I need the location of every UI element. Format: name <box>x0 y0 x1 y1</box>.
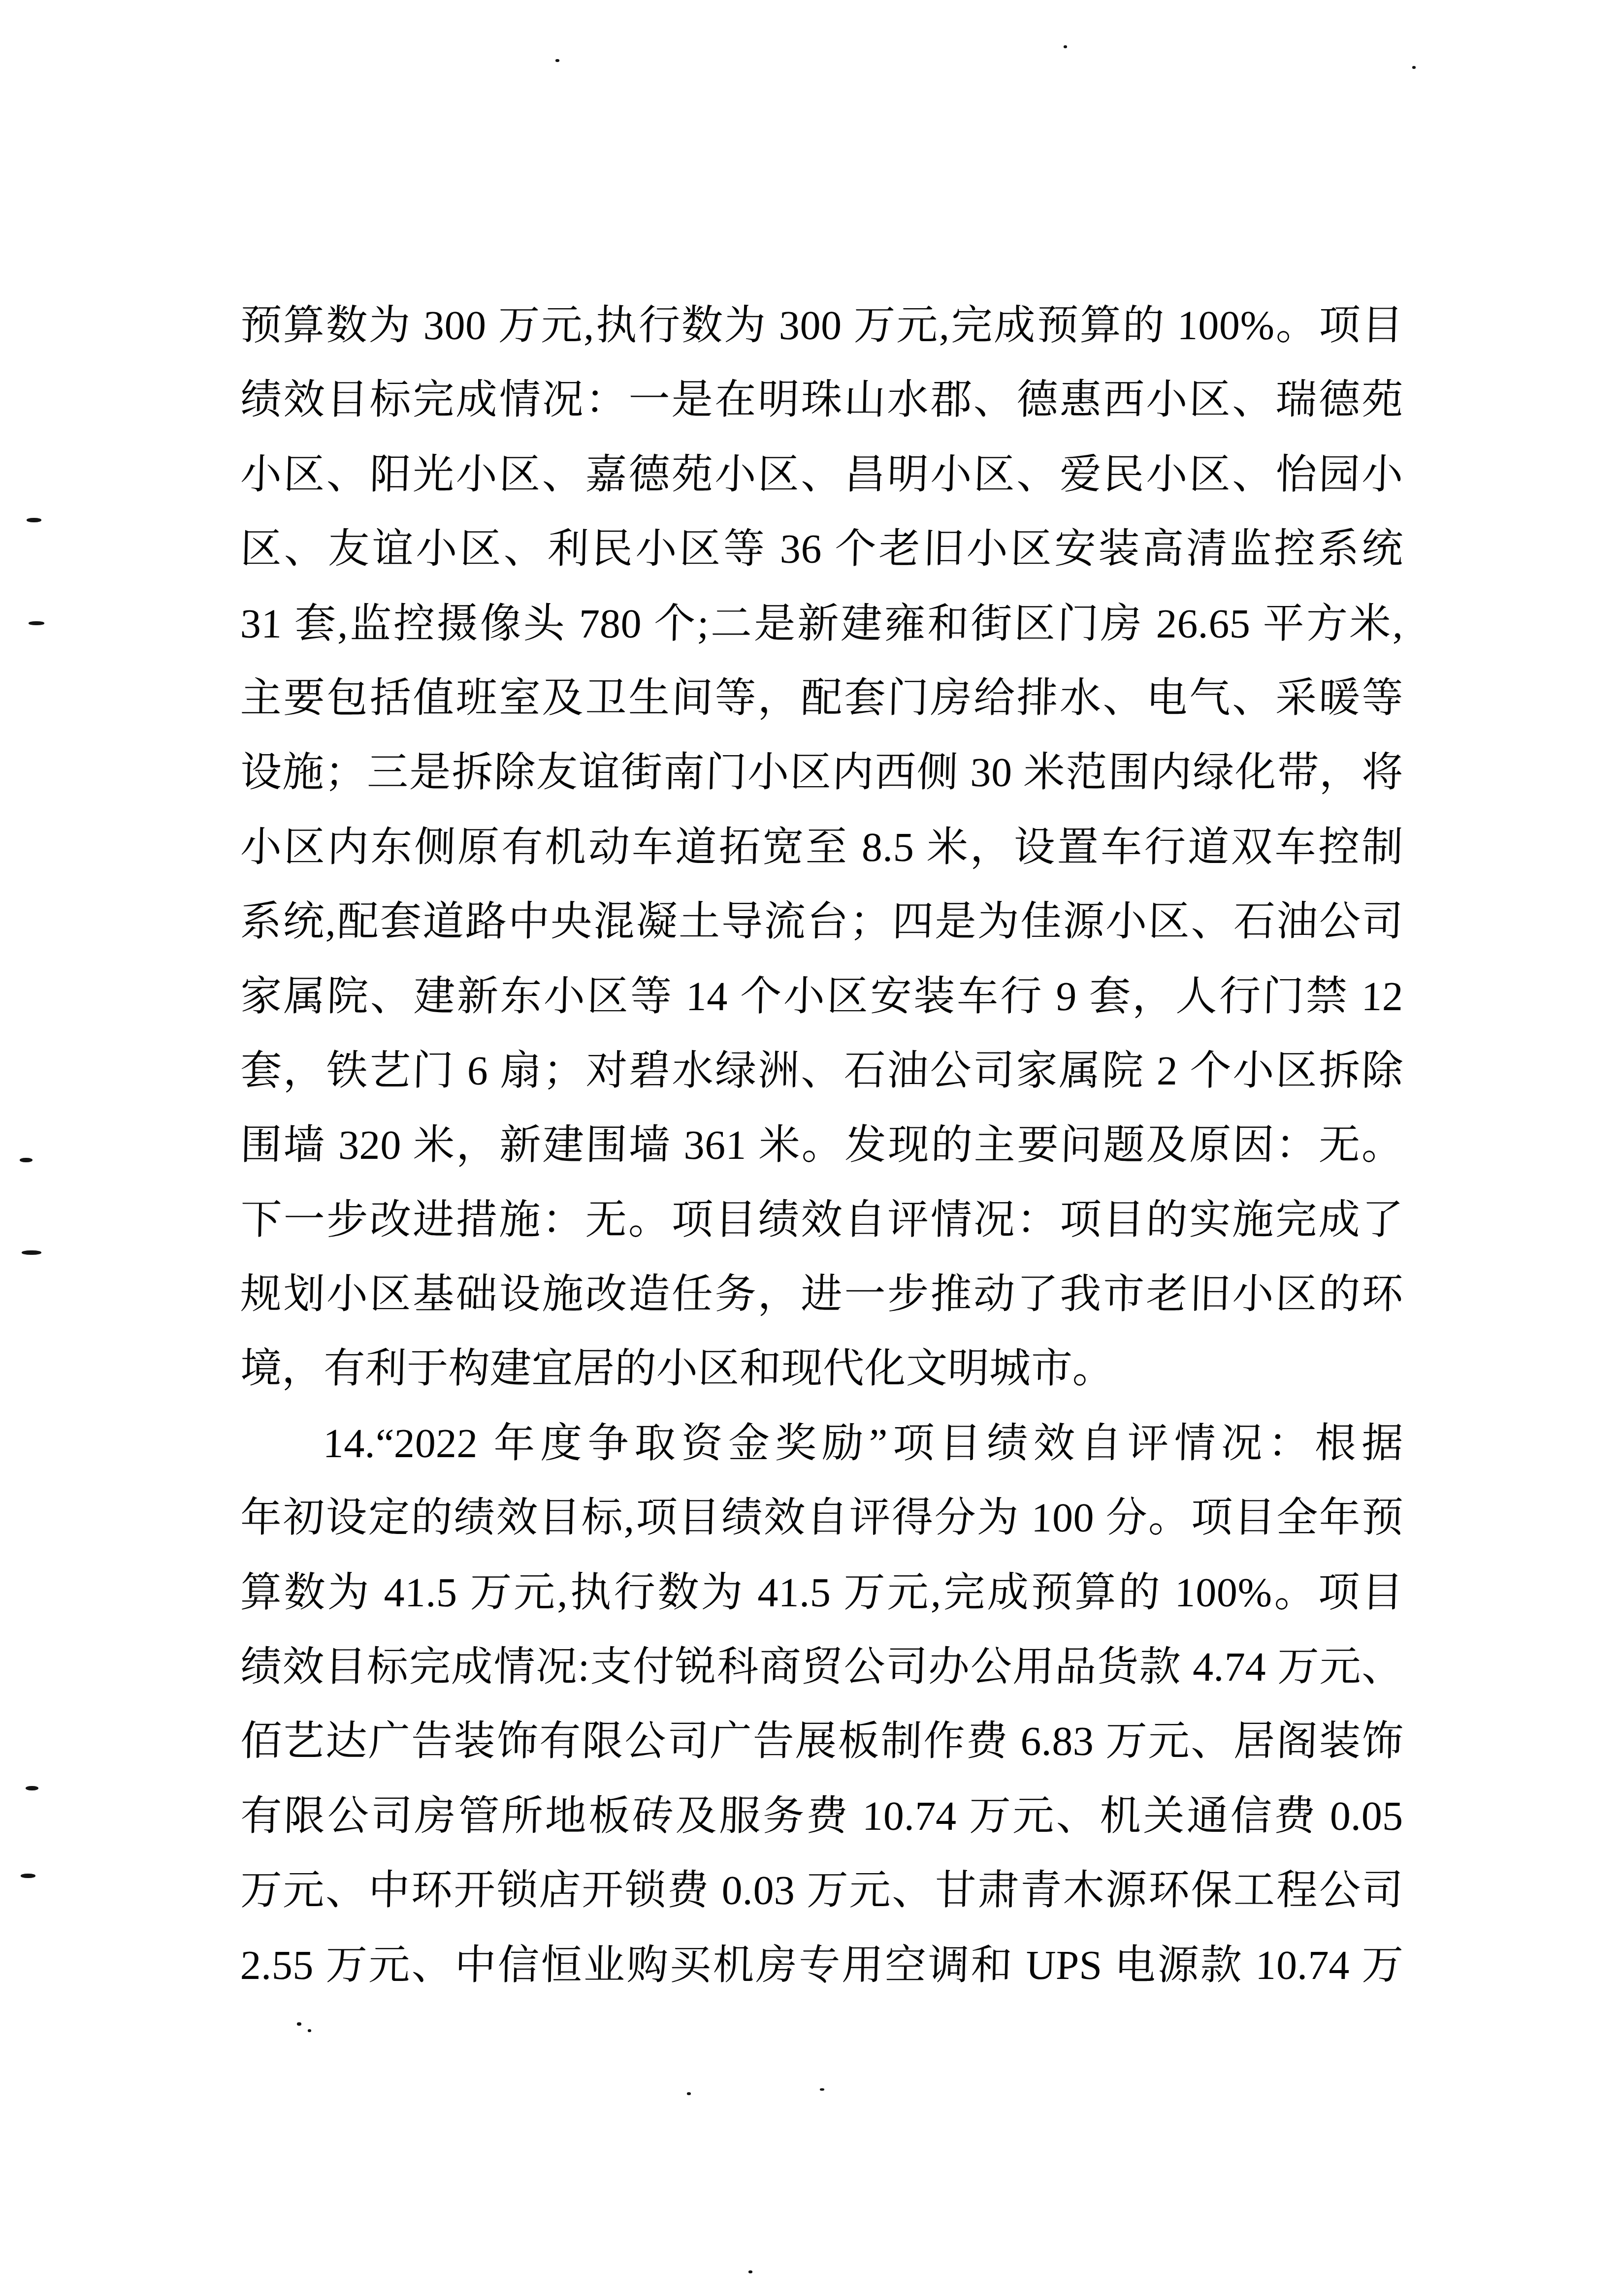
scan-speck <box>21 1874 35 1878</box>
document-text-block: 预算数为 300 万元,执行数为 300 万元,完成预算的 100%。项目 绩效… <box>240 288 1403 2003</box>
text-line: 区、友谊小区、利民小区等 36 个老旧小区安装高清监控系统 <box>239 512 1404 586</box>
text-line: 31 套,监控摄像头 780 个;二是新建雍和街区门房 26.65 平方米, <box>239 587 1404 661</box>
text-line: 绩效目标完成情况:支付锐科商贸公司办公用品货款 4.74 万元、 <box>239 1630 1404 1704</box>
text-line: 主要包括值班室及卫生间等，配套门房给排水、电气、采暖等 <box>239 661 1404 735</box>
text-line: 家属院、建新东小区等 14 个小区安装车行 9 套，人行门禁 12 <box>239 959 1404 1034</box>
scan-speck <box>308 2029 311 2032</box>
text-line: 围墙 320 米，新建围墙 361 米。发现的主要问题及原因：无。 <box>239 1108 1404 1182</box>
scan-speck <box>687 2092 691 2095</box>
scan-speck <box>1412 66 1416 69</box>
text-line: 佰艺达广告装饰有限公司广告展板制作费 6.83 万元、居阁装饰 <box>239 1704 1404 1779</box>
text-line: 套，铁艺门 6 扇；对碧水绿洲、石油公司家属院 2 个小区拆除 <box>239 1034 1404 1108</box>
text-line: 年初设定的绩效目标,项目绩效自评得分为 100 分。项目全年预 <box>239 1481 1404 1555</box>
scanned-document-page: 预算数为 300 万元,执行数为 300 万元,完成预算的 100%。项目 绩效… <box>0 0 1621 2296</box>
text-line: 2.55 万元、中信恒业购买机房专用空调和 UPS 电源款 10.74 万 <box>239 1928 1404 2003</box>
scan-speck <box>20 1158 32 1162</box>
text-line-paragraph-start-item-14: 14.“2022 年度争取资金奖励”项目绩效自评情况：根据 <box>239 1406 1404 1481</box>
text-line: 设施；三是拆除友谊街南门小区内西侧 30 米范围内绿化带，将 <box>239 735 1404 810</box>
scan-speck <box>297 2022 301 2026</box>
scan-speck <box>29 621 44 625</box>
text-line: 下一步改进措施：无。项目绩效自评情况：项目的实施完成了 <box>239 1183 1404 1257</box>
text-line: 绩效目标完成情况：一是在明珠山水郡、德惠西小区、瑞德苑 <box>239 363 1404 437</box>
text-line: 预算数为 300 万元,执行数为 300 万元,完成预算的 100%。项目 <box>239 288 1404 363</box>
scan-speck <box>27 518 41 522</box>
scan-speck <box>22 1250 41 1255</box>
text-line: 小区内东侧原有机动车道拓宽至 8.5 米，设置车行道双车控制 <box>239 810 1404 885</box>
scan-speck <box>820 2088 824 2091</box>
text-line: 万元、中环开锁店开锁费 0.03 万元、甘肃青木源环保工程公司 <box>239 1853 1404 1928</box>
text-line: 算数为 41.5 万元,执行数为 41.5 万元,完成预算的 100%。项目 <box>239 1556 1404 1630</box>
text-line: 有限公司房管所地板砖及服务费 10.74 万元、机关通信费 0.05 <box>239 1779 1404 1853</box>
text-line: 小区、阳光小区、嘉德苑小区、昌明小区、爱民小区、怡园小 <box>239 438 1404 512</box>
scan-speck <box>748 2270 752 2273</box>
scan-speck <box>26 1786 38 1790</box>
scan-speck <box>1064 45 1067 48</box>
text-line: 规划小区基础设施改造任务，进一步推动了我市老旧小区的环 <box>239 1257 1404 1332</box>
text-line-paragraph-end: 境，有利于构建宜居的小区和现代化文明城市。 <box>239 1332 1404 1406</box>
text-line: 系统,配套道路中央混凝土导流台；四是为佳源小区、石油公司 <box>239 885 1404 959</box>
scan-speck <box>555 59 559 62</box>
